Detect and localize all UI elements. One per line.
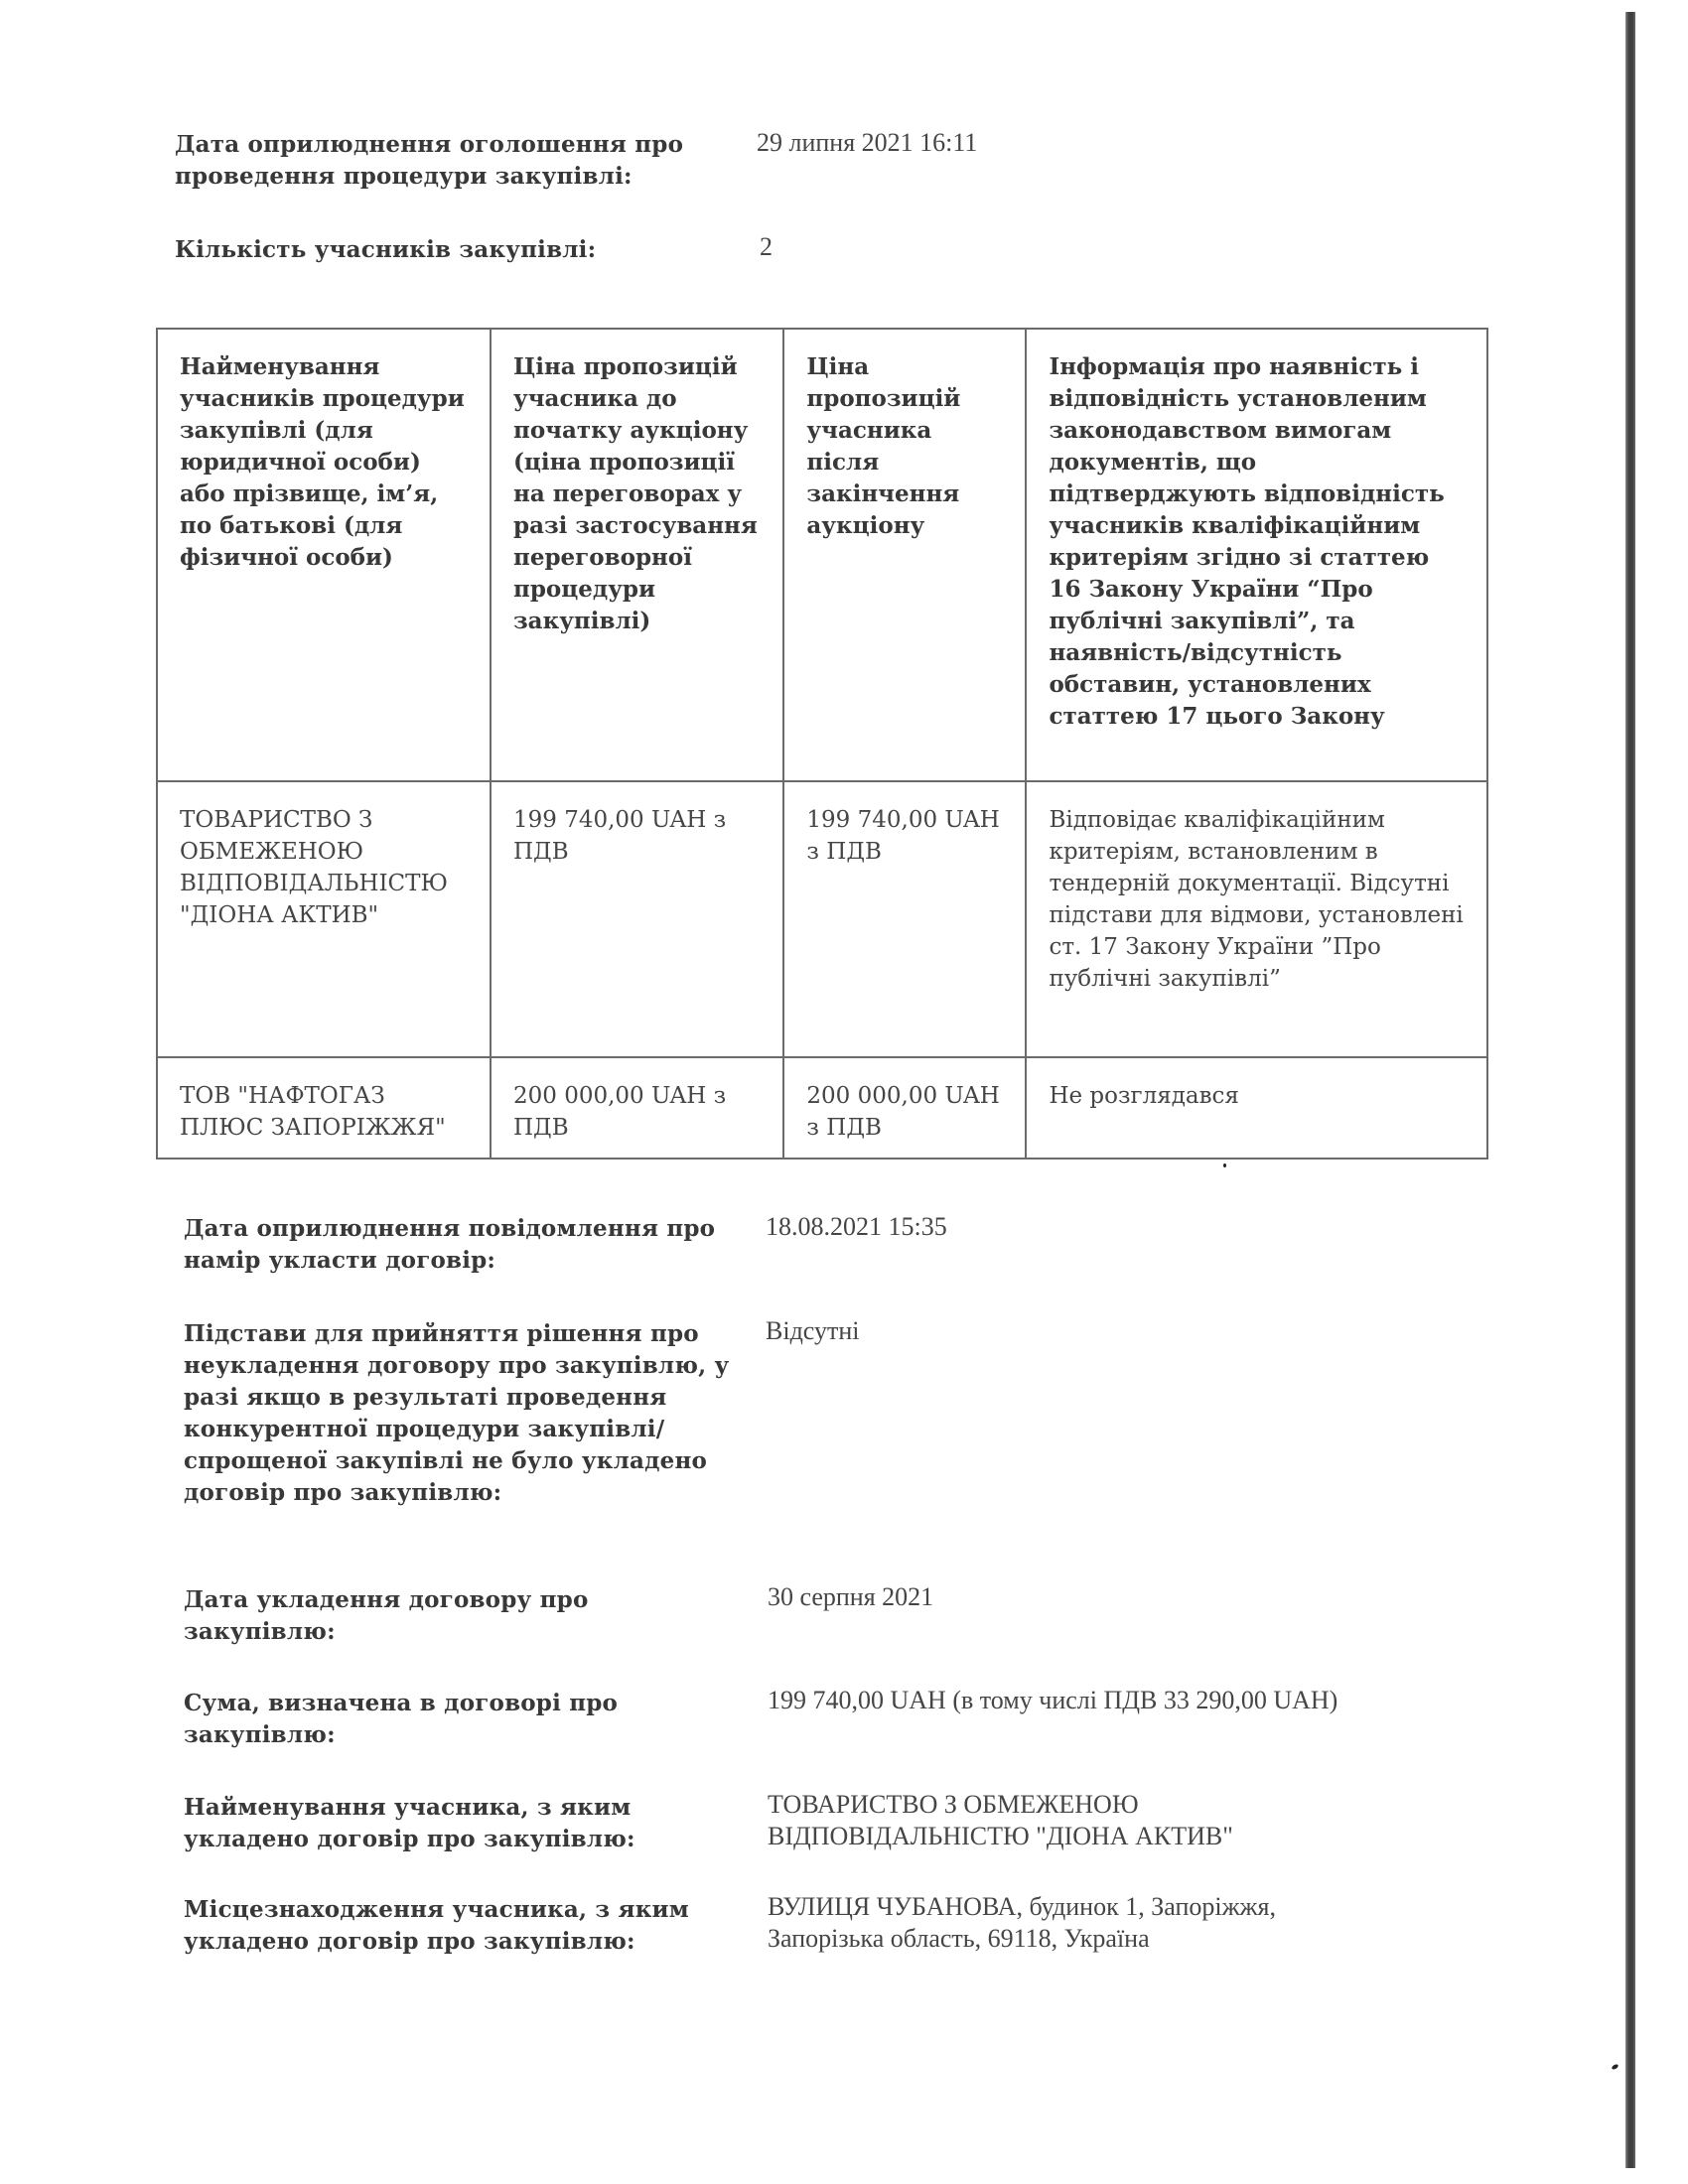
intent-notice-date-label: Дата оприлюднення повідомлення про намір…: [184, 1213, 720, 1277]
scan-speck: [1223, 1163, 1226, 1167]
price-after-cell: 199 740,00 UAH з ПДВ: [783, 781, 1026, 1057]
contractor-name-value: ТОВАРИСТВО З ОБМЕЖЕНОЮ ВІДПОВІДАЛЬНІСТЮ …: [768, 1789, 1284, 1852]
column-header-qualification-info: Інформація про наявність і відповідність…: [1026, 329, 1487, 781]
intent-notice-date-value: 18.08.2021 15:35: [766, 1211, 947, 1243]
publication-date-label: Дата оприлюднення оголошення про проведе…: [175, 129, 731, 193]
column-header-price-before-auction: Ціна пропозицій учасника до початку аукц…: [491, 329, 783, 781]
table-row: ТОВАРИСТВО З ОБМЕЖЕНОЮ ВІДПОВІДАЛЬНІСТЮ …: [157, 781, 1487, 1057]
price-before-cell: 200 000,00 UAH з ПДВ: [491, 1057, 783, 1159]
contract-sum-label: Сума, визначена в договорі про закупівлю…: [184, 1688, 720, 1751]
participant-name-cell: ТОВ "НАФТОГАЗ ПЛЮС ЗАПОРІЖЖЯ": [157, 1057, 491, 1159]
qualification-info-cell: Відповідає кваліфікаційним критеріям, вс…: [1026, 781, 1487, 1057]
price-before-cell: 199 740,00 UAH з ПДВ: [491, 781, 783, 1057]
non-conclusion-grounds-value: Відсутні: [766, 1315, 860, 1347]
scan-edge-bar: [1625, 12, 1635, 2168]
contractor-name-label: Найменування учасника, з яким укладено д…: [184, 1792, 740, 1855]
table-row: ТОВ "НАФТОГАЗ ПЛЮС ЗАПОРІЖЖЯ" 200 000,00…: [157, 1057, 1487, 1159]
publication-date-value: 29 липня 2021 16:11: [757, 127, 977, 159]
participants-count-value: 2: [760, 231, 773, 263]
column-header-participant-name: Найменування учасників процедури закупів…: [157, 329, 491, 781]
price-after-cell: 200 000,00 UAH з ПДВ: [783, 1057, 1026, 1159]
contract-sum-value: 199 740,00 UAH (в тому числі ПДВ 33 290,…: [768, 1685, 1337, 1716]
contractor-address-label: Місцезнаходження учасника, з яким укладе…: [184, 1894, 760, 1958]
participants-table: Найменування учасників процедури закупів…: [156, 328, 1488, 1160]
contract-date-value: 30 серпня 2021: [768, 1581, 933, 1613]
participant-name-cell: ТОВАРИСТВО З ОБМЕЖЕНОЮ ВІДПОВІДАЛЬНІСТЮ …: [157, 781, 491, 1057]
participants-count-label: Кількість учасників закупівлі:: [175, 234, 731, 266]
contractor-address-value: ВУЛИЦЯ ЧУБАНОВА, будинок 1, Запоріжжя, З…: [768, 1891, 1383, 1955]
contract-date-label: Дата укладення договору про закупівлю:: [184, 1584, 720, 1648]
qualification-info-cell: Не розглядався: [1026, 1057, 1487, 1159]
table-header-row: Найменування учасників процедури закупів…: [157, 329, 1487, 781]
scan-speck: [1611, 2064, 1618, 2071]
column-header-price-after-auction: Ціна пропозицій учасника після закінченн…: [783, 329, 1026, 781]
non-conclusion-grounds-label: Підстави для прийняття рішення про неукл…: [184, 1318, 770, 1509]
